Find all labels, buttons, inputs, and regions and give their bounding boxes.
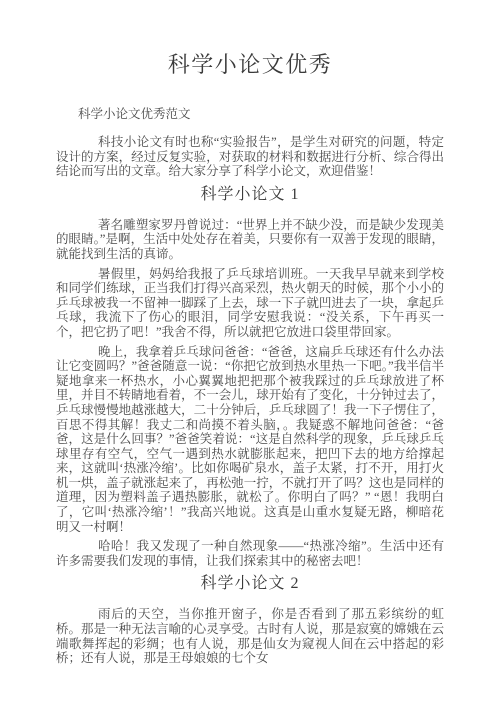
page-title: 科学小论文优秀 [56, 50, 444, 80]
intro-paragraph: 科技小论文有时也称“实验报告”，是学生对研究的问题，特定设计的方案，经过反复实验… [56, 135, 444, 179]
section1-paragraph-2: 暑假里，妈妈给我报了乒乓球培训班。一天我早早就来到学校和同学们练球，正当我们打得… [56, 267, 444, 340]
section2-paragraph-1: 雨后的天空，当你推开窗子，你是否看到了那五彩缤纷的虹桥。那是一种无法言喻的心灵享… [56, 607, 444, 665]
section-heading-2: 科学小论文 2 [56, 573, 444, 595]
document-subtitle: 科学小论文优秀范文 [56, 106, 444, 122]
section1-paragraph-1: 著名雕塑家罗丹曾说过：“世界上并不缺少没，而是缺少发现美的眼睛。”是啊，生活中处… [56, 218, 444, 262]
section-heading-1: 科学小论文 1 [56, 184, 444, 206]
document-page: 科学小论文优秀 科学小论文优秀范文 科技小论文有时也称“实验报告”，是学生对研究… [0, 0, 500, 707]
section1-paragraph-4: 哈哈！我又发现了一种自然现象——“热涨冷缩”。生活中还有许多需要我们发现的事情，… [56, 539, 444, 568]
section1-paragraph-3: 晚上，我拿着乒乓球问爸爸：“爸爸，这扁乒乓球还有什么办法让它变圆吗？”爸爸随意一… [56, 345, 444, 535]
